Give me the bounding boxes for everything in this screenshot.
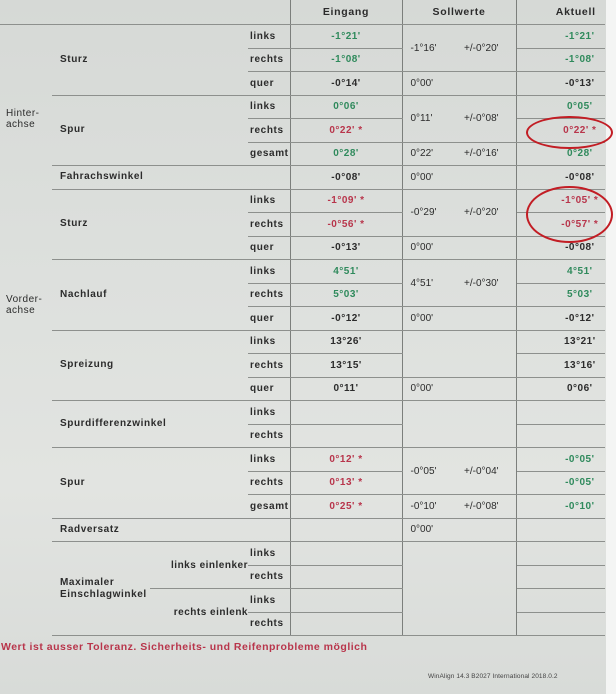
side-label: quer <box>248 236 290 260</box>
side-label: links <box>248 260 290 284</box>
sollwert-value <box>402 401 464 448</box>
tolerance-warning: Wert ist ausser Toleranz. Sicherheits- u… <box>1 641 367 653</box>
measurement-row: Spurlinks0°06'0°11'+/-0°08'0°05' <box>0 95 605 119</box>
side-label: links <box>248 95 290 119</box>
measurement-row: Nachlauflinks4°51'4°51'+/-0°30'4°51' <box>0 260 605 284</box>
aktuell-value: -0°05' <box>516 471 605 495</box>
sollwert-value: 0°00' <box>402 518 464 542</box>
sollwert-value: 0°00' <box>402 72 464 96</box>
measurement-row: Vorder- achseSturzlinks-1°09' *-0°29'+/-… <box>0 189 605 213</box>
aktuell-value: -0°12' <box>516 307 605 331</box>
aktuell-value: -0°08' <box>516 166 605 190</box>
eingang-value: -1°08' <box>290 48 402 72</box>
aktuell-value <box>516 565 605 589</box>
aktuell-value: -1°21' <box>516 25 605 49</box>
sollwert-value: 0°00' <box>402 236 464 260</box>
eingang-value: 13°15' <box>290 354 402 378</box>
eingang-value: 0°25' * <box>290 495 402 519</box>
side-label: rechts <box>248 612 290 636</box>
aktuell-value: -0°10' <box>516 495 605 519</box>
side-label: links <box>248 401 290 425</box>
group-name: Fahrachswinkel <box>60 171 290 183</box>
eingang-value: 13°26' <box>290 330 402 354</box>
side-label: rechts <box>248 565 290 589</box>
side-label: links <box>248 25 290 49</box>
aktuell-value <box>516 589 605 613</box>
side-label: rechts <box>248 213 290 237</box>
group-name: Spur <box>60 477 248 489</box>
side-label: rechts <box>248 471 290 495</box>
axis-label-text: Hinter- achse <box>6 108 52 130</box>
side-label: quer <box>248 72 290 96</box>
parameter-group-label: Fahrachswinkel <box>52 166 290 190</box>
sollwert-value: 0°00' <box>402 307 464 331</box>
axis-label-front: Vorder- achse <box>0 189 52 330</box>
sollwert-tolerance <box>464 377 516 401</box>
sollwert-tolerance: +/-0°30' <box>464 260 516 307</box>
page-edge <box>606 0 616 694</box>
sollwert-value: -1°16' <box>402 25 464 72</box>
eingang-value: 0°13' * <box>290 471 402 495</box>
aktuell-value <box>516 424 605 448</box>
axis-column-blank <box>0 330 52 636</box>
sollwert-tolerance <box>464 401 516 448</box>
eingang-value <box>290 612 402 636</box>
measurement-row: Fahrachswinkel-0°08'0°00'-0°08' <box>0 166 605 190</box>
eingang-value <box>290 401 402 425</box>
aktuell-value: -0°08' <box>516 236 605 260</box>
sollwert-value: -0°10' <box>402 495 464 519</box>
header-sollwerte: Sollwerte <box>402 0 516 25</box>
steering-direction-label: links einlenker <box>150 542 248 589</box>
side-label: links <box>248 448 290 472</box>
eingang-value: 0°22' * <box>290 119 402 143</box>
header-aktuell: Aktuell <box>516 0 605 25</box>
side-label: rechts <box>248 48 290 72</box>
group-name: Spurdifferenzwinkel <box>60 418 248 430</box>
parameter-group-label: Sturz <box>52 189 248 260</box>
eingang-value: -1°21' <box>290 25 402 49</box>
measurement-row: Spreizunglinks13°26'13°21' <box>0 330 605 354</box>
parameter-group-label: Maximaler Einschlagwinkel <box>52 542 150 636</box>
parameter-group-label: Nachlauf <box>52 260 248 331</box>
sollwert-value: 0°11' <box>402 95 464 142</box>
sollwert-tolerance <box>464 72 516 96</box>
aktuell-value: 4°51' <box>516 260 605 284</box>
sollwert-tolerance: +/-0°16' <box>464 142 516 166</box>
steering-direction-label: rechts einlenk <box>150 589 248 636</box>
sollwert-value <box>402 542 464 636</box>
side-label: rechts <box>248 283 290 307</box>
side-label: gesamt <box>248 495 290 519</box>
side-label: quer <box>248 377 290 401</box>
aktuell-value: 0°06' <box>516 377 605 401</box>
sollwert-tolerance: +/-0°08' <box>464 495 516 519</box>
sollwert-tolerance: +/-0°08' <box>464 95 516 142</box>
eingang-value: -0°12' <box>290 307 402 331</box>
sollwert-tolerance <box>464 236 516 260</box>
aktuell-value: 0°28' <box>516 142 605 166</box>
eingang-value <box>290 589 402 613</box>
parameter-group-label: Sturz <box>52 25 248 96</box>
software-version-footer: WinAlign 14.3 B2027 International 2018.0… <box>428 673 558 680</box>
group-name: Sturz <box>60 218 248 230</box>
aktuell-value <box>516 542 605 566</box>
sollwert-tolerance <box>464 330 516 377</box>
sollwert-tolerance: +/-0°20' <box>464 189 516 236</box>
measurement-row: Spurdifferenzwinkellinks <box>0 401 605 425</box>
eingang-value: 0°28' <box>290 142 402 166</box>
eingang-value: -0°13' <box>290 236 402 260</box>
side-label: links <box>248 330 290 354</box>
group-name: Sturz <box>60 54 248 66</box>
aktuell-value: -1°08' <box>516 48 605 72</box>
sollwert-value: -0°29' <box>402 189 464 236</box>
eingang-value <box>290 518 402 542</box>
group-name: Spur <box>60 124 248 136</box>
sollwert-value: 4°51' <box>402 260 464 307</box>
eingang-value: 5°03' <box>290 283 402 307</box>
sollwert-value: 0°00' <box>402 377 464 401</box>
aktuell-value: 13°16' <box>516 354 605 378</box>
sollwert-tolerance: +/-0°04' <box>464 448 516 495</box>
sollwert-value: 0°22' <box>402 142 464 166</box>
sollwert-tolerance <box>464 307 516 331</box>
sollwert-tolerance: +/-0°20' <box>464 25 516 72</box>
side-label: links <box>248 589 290 613</box>
side-label: gesamt <box>248 142 290 166</box>
aktuell-value: -0°05' <box>516 448 605 472</box>
sollwert-tolerance <box>464 166 516 190</box>
eingang-value: -0°08' <box>290 166 402 190</box>
eingang-value: 0°12' * <box>290 448 402 472</box>
eingang-value <box>290 565 402 589</box>
side-label: links <box>248 542 290 566</box>
sollwert-tolerance <box>464 542 516 636</box>
aktuell-value: 13°21' <box>516 330 605 354</box>
group-name: Maximaler Einschlagwinkel <box>60 577 150 601</box>
aktuell-value: -0°13' <box>516 72 605 96</box>
eingang-value: 0°11' <box>290 377 402 401</box>
group-name: Spreizung <box>60 359 248 371</box>
sollwert-value <box>402 330 464 377</box>
group-name: Nachlauf <box>60 289 248 301</box>
eingang-value: -1°09' * <box>290 189 402 213</box>
aktuell-value: -1°05' * <box>516 189 605 213</box>
measurement-row: Radversatz0°00' <box>0 518 605 542</box>
side-label: links <box>248 189 290 213</box>
eingang-value: -0°14' <box>290 72 402 96</box>
group-name: Radversatz <box>60 524 290 536</box>
aktuell-value <box>516 401 605 425</box>
sollwert-value: -0°05' <box>402 448 464 495</box>
aktuell-value <box>516 518 605 542</box>
side-label: rechts <box>248 119 290 143</box>
parameter-group-label: Spur <box>52 95 248 166</box>
sollwert-value: 0°00' <box>402 166 464 190</box>
header-blank <box>0 0 290 25</box>
parameter-group-label: Spreizung <box>52 330 248 401</box>
side-label: rechts <box>248 354 290 378</box>
side-label: quer <box>248 307 290 331</box>
eingang-value: 0°06' <box>290 95 402 119</box>
aktuell-value <box>516 612 605 636</box>
aktuell-value: 0°05' <box>516 95 605 119</box>
aktuell-value: -0°57' * <box>516 213 605 237</box>
measurement-row: Maximaler Einschlagwinkellinks einlenker… <box>0 542 605 566</box>
parameter-group-label: Spurdifferenzwinkel <box>52 401 248 448</box>
aktuell-value: 0°22' * <box>516 119 605 143</box>
column-header-row: EingangSollwerteAktuell <box>0 0 605 25</box>
alignment-report-table: EingangSollwerteAktuellHinter- achseStur… <box>0 0 605 636</box>
axis-label-rear: Hinter- achse <box>0 25 52 190</box>
eingang-value: 4°51' <box>290 260 402 284</box>
measurement-row: Hinter- achseSturzlinks-1°21'-1°16'+/-0°… <box>0 25 605 49</box>
aktuell-value: 5°03' <box>516 283 605 307</box>
sollwert-tolerance <box>464 518 516 542</box>
eingang-value <box>290 424 402 448</box>
eingang-value <box>290 542 402 566</box>
axis-label-text: Vorder- achse <box>6 294 52 316</box>
side-label: rechts <box>248 424 290 448</box>
parameter-group-label: Radversatz <box>52 518 290 542</box>
parameter-group-label: Spur <box>52 448 248 519</box>
eingang-value: -0°56' * <box>290 213 402 237</box>
header-eingang: Eingang <box>290 0 402 25</box>
measurement-row: Spurlinks0°12' *-0°05'+/-0°04'-0°05' <box>0 448 605 472</box>
